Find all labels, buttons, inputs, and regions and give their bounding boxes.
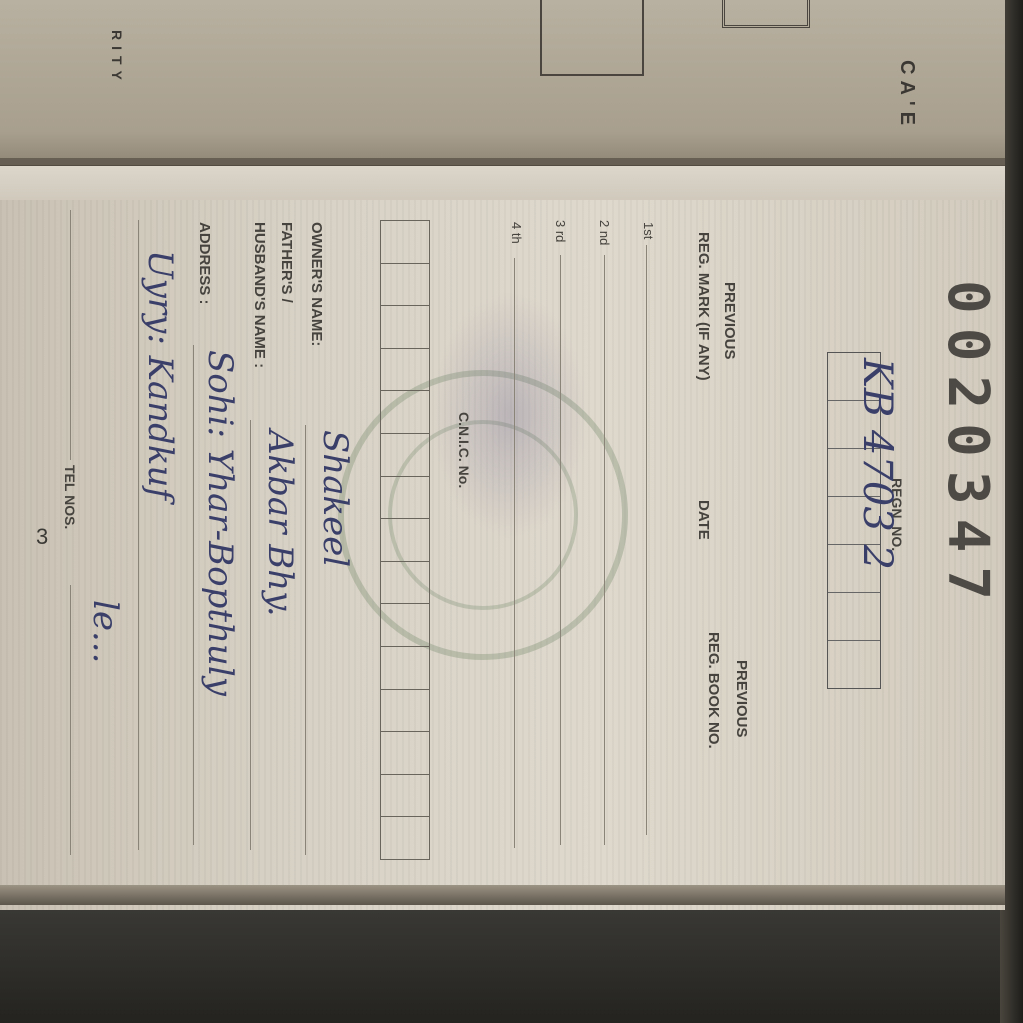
fathers-name-line [250, 420, 251, 850]
tel-nos-label: TEL NOS. [62, 465, 78, 529]
address-value-line-1: Sohi: Yhar-Bopthuly [200, 350, 240, 696]
previous-book-label-1: PREVIOUS [733, 660, 750, 738]
row-label-3rd: 3 rd [553, 220, 568, 242]
row-line-1st [646, 245, 647, 835]
serial-number: 0020347 [935, 280, 1000, 614]
owners-name-label: OWNER'S NAME: [308, 222, 325, 346]
fathers-name-label-2: HUSBAND'S NAME : [251, 222, 268, 368]
photo-box [540, 0, 644, 76]
row-label-1st: 1st [641, 222, 656, 239]
cnic-label: C.N.I.C. No. [456, 412, 472, 488]
fathers-name-value: Akbar Bhy. [260, 430, 300, 617]
ink-smudge [430, 290, 590, 540]
date-label: DATE [695, 500, 712, 540]
owners-name-value: Shakeel [315, 430, 355, 567]
regn-no-handwritten: KB 4703 2 [854, 358, 900, 570]
fathers-name-label-1: FATHER'S / [278, 222, 295, 303]
address-value-line-3: le... [85, 600, 125, 663]
row-label-2nd: 2 nd [597, 220, 612, 245]
previous-page: CA'E RITY [0, 0, 1005, 165]
owners-name-line [305, 425, 306, 855]
address-value-line-2: Uyry: Kandkuf [140, 250, 180, 500]
previous-reg-mark-label-2: REG. MARK (IF ANY) [695, 232, 712, 381]
page-bottom-edge [0, 885, 1005, 905]
address-label: ADDRESS : [196, 222, 213, 305]
row-line-4th [514, 258, 515, 848]
address-line-2 [138, 220, 139, 850]
top-page-fragment-rity: RITY [109, 30, 125, 86]
tel-line-a [70, 210, 71, 460]
stamp-box [722, 0, 810, 28]
row-line-3rd [560, 255, 561, 845]
previous-book-label-2: REG. BOOK NO. [705, 632, 722, 749]
previous-reg-mark-label-1: PREVIOUS [721, 282, 738, 360]
page-flap [0, 166, 1005, 202]
tel-line-b [70, 585, 71, 855]
background-surface [0, 905, 1023, 1023]
page-fold [0, 158, 1005, 166]
top-page-fragment-cate: CA'E [895, 60, 918, 131]
row-label-4th: 4 th [509, 222, 524, 244]
cnic-boxes [380, 220, 430, 860]
address-line-1 [193, 345, 194, 845]
row-line-2nd [604, 255, 605, 845]
page-number: 3 [36, 524, 48, 550]
